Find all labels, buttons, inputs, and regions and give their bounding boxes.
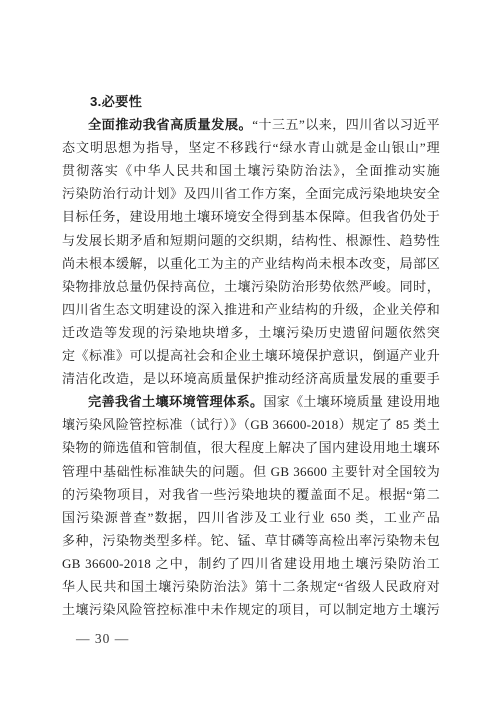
body-text: 的污染物项目，对我省一些污染地块的覆盖面不足。根据“第二次全 (62, 487, 440, 506)
emphasis-text: 完善我省土壤环境管理体系。 (88, 394, 263, 409)
body-text: 华人民共和国土壤污染防治法》第十二条规定“省级人民政府对国家 (62, 579, 440, 598)
text-line: 态文明思想为指导，坚定不移践行“绿水青山就是金山银山”理念， (62, 136, 440, 159)
body-text: GB 36600-2018 之中，制约了四川省建设用地土壤污染防治工作。《中 (62, 556, 440, 575)
page-footer: — 30 — (76, 631, 129, 647)
body-text: 国污染源普查”数据，四川省涉及工业行业 650 类，工业产品 12000 (62, 510, 440, 529)
emphasis-text: 全面推动我省高质量发展。 (88, 117, 252, 132)
body-text: 贯彻落实《中华人民共和国土壤污染防治法》，全面推动实施《土壤 (62, 163, 440, 182)
text-line: 国污染源普查”数据，四川省涉及工业行业 650 类，工业产品 12000 (62, 506, 440, 529)
body-text: 多种，污染物类型多样。铊、锰、草甘磷等高检出率污染物未包含在 (62, 533, 440, 552)
document-page: 3.必要性全面推动我省高质量发展。“十三五”以来，四川省以习近平生态文明思想为指… (0, 0, 500, 707)
text-line: 土壤污染风险管控标准中未作规定的项目，可以制定地方土壤污染 (62, 598, 440, 621)
body-text: 壤污染风险管控标准（试行）》（GB 36600-2018）规定了 85 类土壤污 (62, 417, 440, 436)
text-line: 贯彻落实《中华人民共和国土壤污染防治法》，全面推动实施《土壤 (62, 159, 440, 182)
body-text: 态文明思想为指导，坚定不移践行“绿水青山就是金山银山”理念， (62, 140, 440, 159)
text-line: 染物的筛选值和管制值，很大程度上解决了国内建设用地土壤环境 (62, 436, 440, 459)
body-text: 污染防治行动计划》及四川省工作方案，全面完成污染地块安全利用 (62, 186, 440, 205)
text-line: 管理中基础性标准缺失的问题。但 GB 36600 主要针对全国较为普遍 (62, 460, 440, 483)
body-text: 土壤污染风险管控标准中未作规定的项目，可以制定地方土壤污染 (62, 602, 440, 621)
body-text: 迁改造等发现的污染地块增多，土壤污染历史遗留问题依然突出。制 (62, 325, 440, 344)
text-line: 全面推动我省高质量发展。“十三五”以来，四川省以习近平生 (62, 113, 440, 136)
page-number: — 30 — (76, 631, 129, 646)
emphasis-text: 3.必要性 (90, 94, 142, 109)
text-line: 迁改造等发现的污染地块增多，土壤污染历史遗留问题依然突出。制 (62, 321, 440, 344)
text-line: 定《标准》可以提高社会和企业土壤环境保护意识，倒逼产业升级和 (62, 344, 440, 367)
text-line: 华人民共和国土壤污染防治法》第十二条规定“省级人民政府对国家 (62, 575, 440, 598)
body-text: 定《标准》可以提高社会和企业土壤环境保护意识，倒逼产业升级和 (62, 348, 440, 367)
text-line: 壤污染风险管控标准（试行）》（GB 36600-2018）规定了 85 类土壤污 (62, 413, 440, 436)
body-text: 管理中基础性标准缺失的问题。但 GB 36600 主要针对全国较为普遍 (62, 464, 440, 483)
text-line: 完善我省土壤环境管理体系。国家《土壤环境质量 建设用地土 (62, 390, 440, 413)
body-text: 染物排放总量仍保持高位，土壤污染防治形势依然严峻。同时，随着 (62, 279, 440, 298)
body-text: 染物的筛选值和管制值，很大程度上解决了国内建设用地土壤环境 (62, 440, 440, 459)
text-line: GB 36600-2018 之中，制约了四川省建设用地土壤污染防治工作。《中 (62, 552, 440, 575)
text-line: 尚未根本缓解，以重化工为主的产业结构尚未根本改变，局部区域污 (62, 252, 440, 275)
body-text: 四川省生态文明建设的深入推进和产业结构的升级，企业关停和搬 (62, 302, 440, 321)
text-line: 清洁化改造，是以环境高质量保护推动经济高质量发展的重要手段。 (62, 367, 440, 390)
text-line: 的污染物项目，对我省一些污染地块的覆盖面不足。根据“第二次全 (62, 483, 440, 506)
body-text: 与发展长期矛盾和短期问题的交织期，结构性、根源性、趋势性压力 (62, 233, 440, 252)
document-body: 3.必要性全面推动我省高质量发展。“十三五”以来，四川省以习近平生态文明思想为指… (62, 90, 440, 621)
body-text: 目标任务，建设用地土壤环境安全得到基本保障。但我省仍处于保护 (62, 209, 440, 228)
body-text: 清洁化改造，是以环境高质量保护推动经济高质量发展的重要手段。 (62, 371, 440, 390)
section-heading: 3.必要性 (62, 90, 440, 113)
text-line: 污染防治行动计划》及四川省工作方案，全面完成污染地块安全利用 (62, 182, 440, 205)
body-text: 尚未根本缓解，以重化工为主的产业结构尚未根本改变，局部区域污 (62, 256, 440, 275)
text-line: 染物排放总量仍保持高位，土壤污染防治形势依然严峻。同时，随着 (62, 275, 440, 298)
text-line: 四川省生态文明建设的深入推进和产业结构的升级，企业关停和搬 (62, 298, 440, 321)
text-line: 目标任务，建设用地土壤环境安全得到基本保障。但我省仍处于保护 (62, 205, 440, 228)
text-line: 多种，污染物类型多样。铊、锰、草甘磷等高检出率污染物未包含在 (62, 529, 440, 552)
text-line: 与发展长期矛盾和短期问题的交织期，结构性、根源性、趋势性压力 (62, 229, 440, 252)
